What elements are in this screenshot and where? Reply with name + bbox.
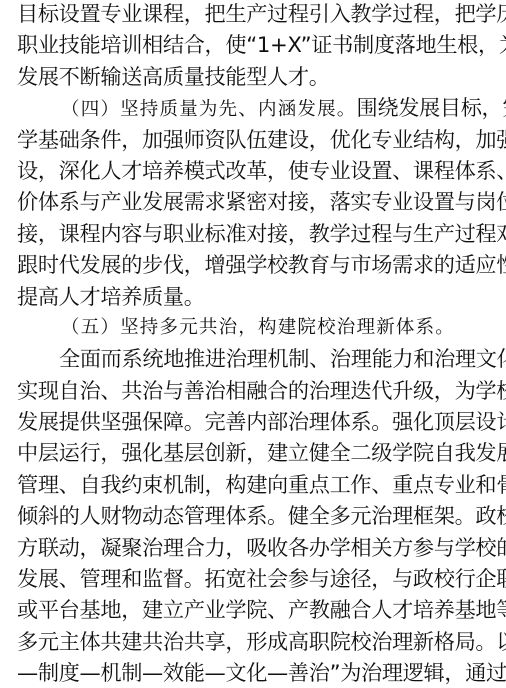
- paragraph-line: 发展、管理和监督。拓宽社会参与途径，与政校行企联办校区: [17, 563, 489, 594]
- paragraph-line: 多元主体共建共治共享，形成高职院校治理新格局。以“体系: [17, 626, 489, 657]
- document-page: 目标设置专业课程，把生产过程引入教学过程，把学历教育与 职业技能培训相结合，使“…: [17, 0, 489, 688]
- paragraph-line: 发展提供坚强保障。完善内部治理体系。强化顶层设计，强化: [17, 406, 489, 437]
- section-5-heading: （五）坚持多元共治，构建院校治理新体系。: [17, 312, 489, 343]
- paragraph-line: 目标设置专业课程，把生产过程引入教学过程，把学历教育与: [17, 0, 489, 29]
- paragraph-line: 设，深化人才培养模式改革，使专业设置、课程体系、教学评: [17, 155, 489, 186]
- paragraph-line: 方联动，凝聚治理合力，吸收各办学相关方参与学校的建设、: [17, 532, 489, 563]
- paragraph-line: 全面而系统地推进治理机制、治理能力和治理文化建设，: [17, 343, 489, 374]
- section-4-heading: （四）坚持质量为先、内涵发展。: [61, 99, 357, 120]
- paragraph-line: 提高人才培养质量。: [17, 281, 489, 312]
- paragraph-line: —制度—机制—效能—文化—善治”为治理逻辑，通过纵向: [17, 657, 489, 688]
- paragraph-line: 价体系与产业发展需求紧密对接，落实专业设置与岗位需求对: [17, 186, 489, 217]
- paragraph-line: 或平台基地，建立产业学院、产教融合人才培养基地等，实现: [17, 594, 489, 625]
- paragraph-line: 跟时代发展的步伐，增强学校教育与市场需求的适应性，努力: [17, 249, 489, 280]
- paragraph-line: 管理、自我约束机制，构建向重点工作、重点专业和骨干人员: [17, 469, 489, 500]
- paragraph-line: 接，课程内容与职业标准对接，教学过程与生产过程对接。紧: [17, 218, 489, 249]
- section-4-heading-line: （四）坚持质量为先、内涵发展。围绕发展目标，完善办: [17, 92, 489, 123]
- paragraph-text: 围绕发展目标，完善办: [357, 95, 506, 120]
- paragraph-line: 实现自治、共治与善治相融合的治理迭代升级，为学校高质量: [17, 375, 489, 406]
- paragraph-line: 倾斜的人财物动态管理体系。健全多元治理框架。政校行企四: [17, 500, 489, 531]
- paragraph-line: 职业技能培训相结合，使“1+X”证书制度落地生根，为产业: [17, 29, 489, 60]
- paragraph-line: 学基础条件，加强师资队伍建设，优化专业结构，加强课程建: [17, 124, 489, 155]
- paragraph-line: 中层运行，强化基层创新，建立健全二级学院自我发展、自我: [17, 437, 489, 468]
- paragraph-line: 发展不断输送高质量技能型人才。: [17, 61, 489, 92]
